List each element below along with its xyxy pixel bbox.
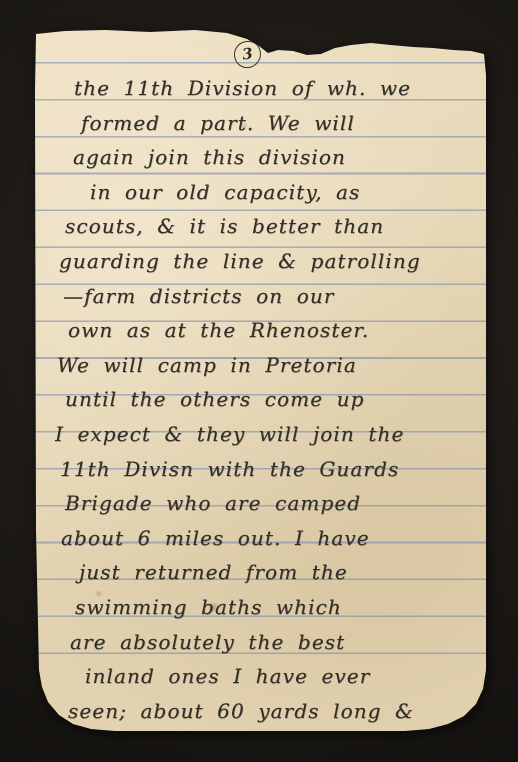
handwriting-line: Brigade who are camped bbox=[35, 486, 486, 521]
handwriting-line: own as at the Rhenoster. bbox=[35, 313, 486, 348]
handwriting-line: are absolutely the best bbox=[35, 625, 486, 660]
handwriting-line: about 6 miles out. I have bbox=[35, 521, 486, 556]
handwriting-line: just returned from the bbox=[35, 555, 486, 590]
handwriting-line: until the others come up bbox=[35, 382, 486, 417]
handwriting-line: the 11th Division of wh. we bbox=[35, 71, 486, 106]
handwriting-line: —farm districts on our bbox=[35, 279, 486, 314]
handwriting-line: scouts, & it is better than bbox=[35, 209, 486, 244]
handwriting-line: formed a part. We will bbox=[35, 106, 486, 141]
handwritten-text: the 11th Division of wh. we formed a par… bbox=[35, 71, 486, 728]
photo-background: 3 the 11th Division of wh. we formed a p… bbox=[0, 0, 518, 762]
handwriting-line: swimming baths which bbox=[35, 590, 486, 625]
notebook-page-wrapper: 3 the 11th Division of wh. we formed a p… bbox=[35, 30, 486, 731]
handwriting-line: I expect & they will join the bbox=[35, 417, 486, 452]
handwriting-line: 11th Divisn with the Guards bbox=[35, 452, 486, 487]
handwriting-line: inland ones I have ever bbox=[35, 659, 486, 694]
handwriting-line: seen; about 60 yards long & bbox=[35, 694, 486, 729]
handwriting-line: We will camp in Pretoria bbox=[35, 348, 486, 383]
handwriting-line: guarding the line & patrolling bbox=[35, 244, 486, 279]
handwriting-line: again join this division bbox=[35, 140, 486, 175]
notebook-page: 3 the 11th Division of wh. we formed a p… bbox=[35, 30, 486, 731]
handwriting-line: in our old capacity, as bbox=[35, 175, 486, 210]
page-number: 3 bbox=[232, 39, 262, 69]
